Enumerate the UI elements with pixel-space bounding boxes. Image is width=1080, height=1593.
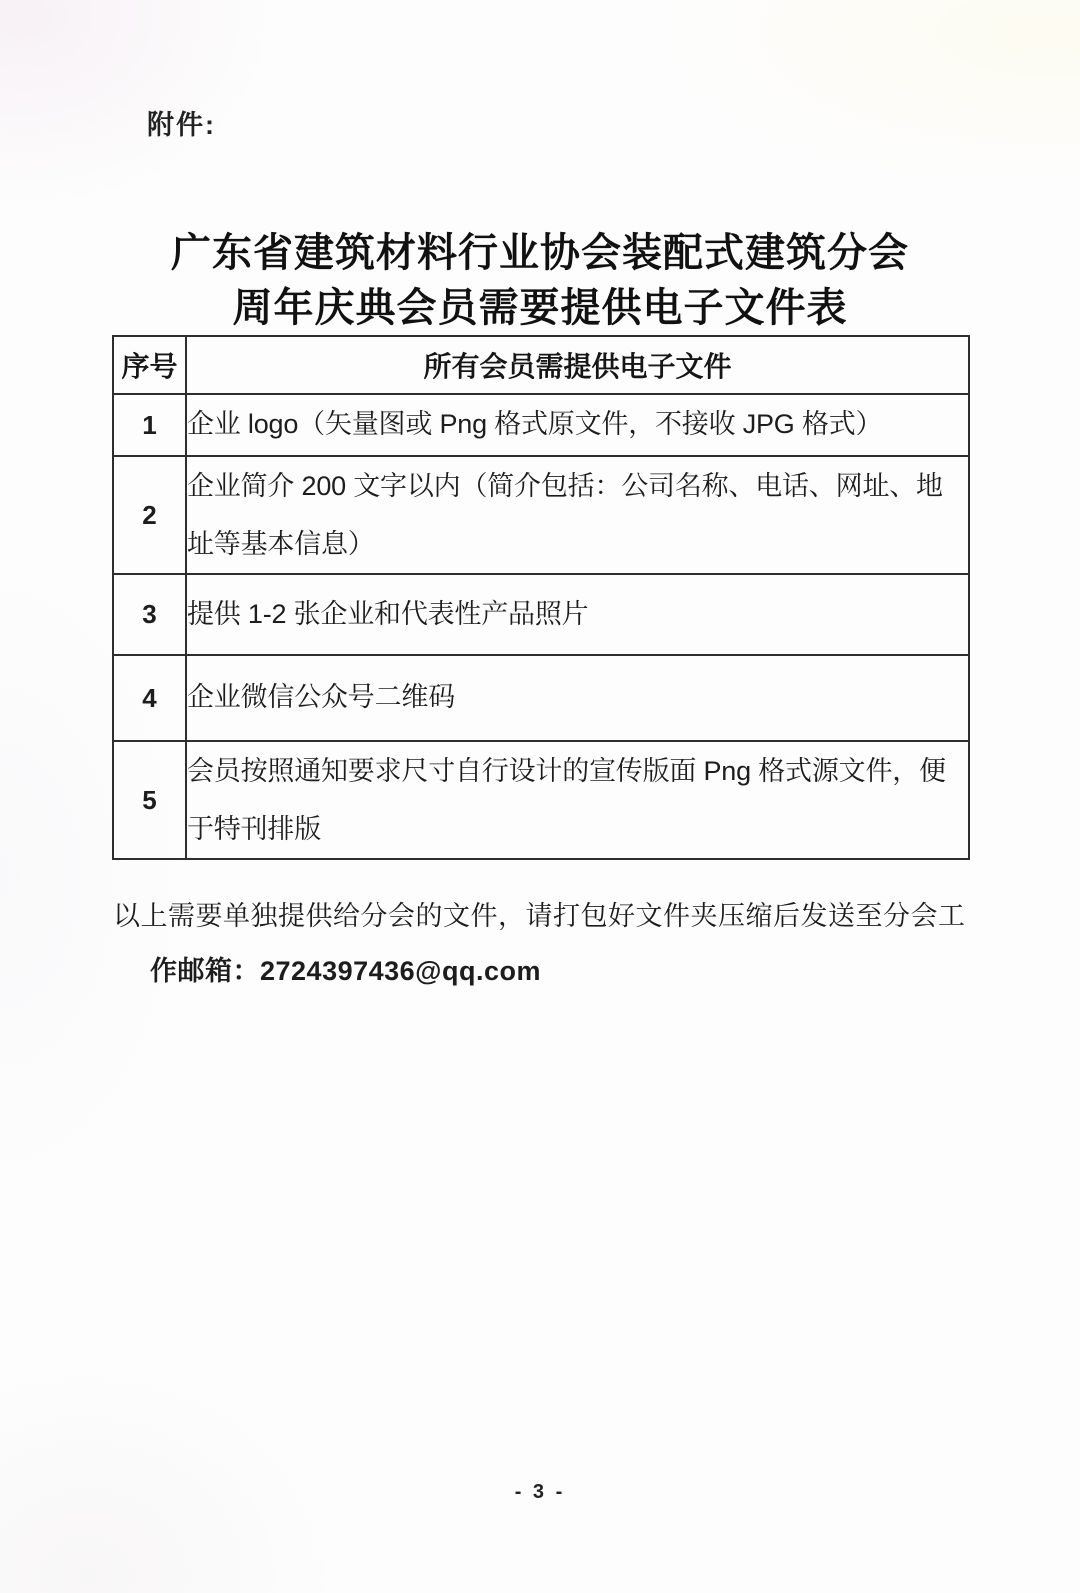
row-text: 企业微信公众号二维码 (186, 655, 969, 741)
table-header-row: 序号 所有会员需提供电子文件 (113, 336, 969, 394)
required-files-table: 序号 所有会员需提供电子文件 1 企业 logo（矢量图或 Png 格式原文件，… (112, 335, 970, 860)
row-text: 企业 logo（矢量图或 Png 格式原文件，不接收 JPG 格式） (186, 394, 969, 456)
table-row: 5 会员按照通知要求尺寸自行设计的宣传版面 Png 格式源文件，便于特刊排版 (113, 741, 969, 859)
table-header-no: 序号 (113, 336, 186, 394)
table-row: 3 提供 1-2 张企业和代表性产品照片 (113, 574, 969, 655)
attachment-label: 附件: (147, 103, 216, 142)
row-number: 3 (113, 574, 186, 655)
row-number: 1 (113, 394, 186, 456)
page-number: - 3 - (0, 1481, 1080, 1504)
document-page: 附件: 广东省建筑材料行业协会装配式建筑分会 周年庆典会员需要提供电子文件表 序… (0, 0, 1080, 1593)
row-number: 4 (113, 655, 186, 741)
document-title-line2: 周年庆典会员需要提供电子文件表 (0, 276, 1080, 333)
note-email-line: 作邮箱：2724397436@qq.com (150, 949, 541, 988)
table-header-content: 所有会员需提供电子文件 (186, 336, 969, 394)
row-number: 5 (113, 741, 186, 859)
row-text: 企业简介 200 文字以内（简介包括：公司名称、电话、网址、地址等基本信息） (186, 456, 969, 574)
row-text: 会员按照通知要求尺寸自行设计的宣传版面 Png 格式源文件，便于特刊排版 (186, 741, 969, 859)
note-text-line1: 以上需要单独提供给分会的文件，请打包好文件夹压缩后发送至分会工 (113, 894, 966, 933)
table-row: 4 企业微信公众号二维码 (113, 655, 969, 741)
row-text: 提供 1-2 张企业和代表性产品照片 (186, 574, 969, 655)
table-row: 1 企业 logo（矢量图或 Png 格式原文件，不接收 JPG 格式） (113, 394, 969, 456)
table-row: 2 企业简介 200 文字以内（简介包括：公司名称、电话、网址、地址等基本信息） (113, 456, 969, 574)
document-title-line1: 广东省建筑材料行业协会装配式建筑分会 (0, 221, 1080, 278)
row-number: 2 (113, 456, 186, 574)
